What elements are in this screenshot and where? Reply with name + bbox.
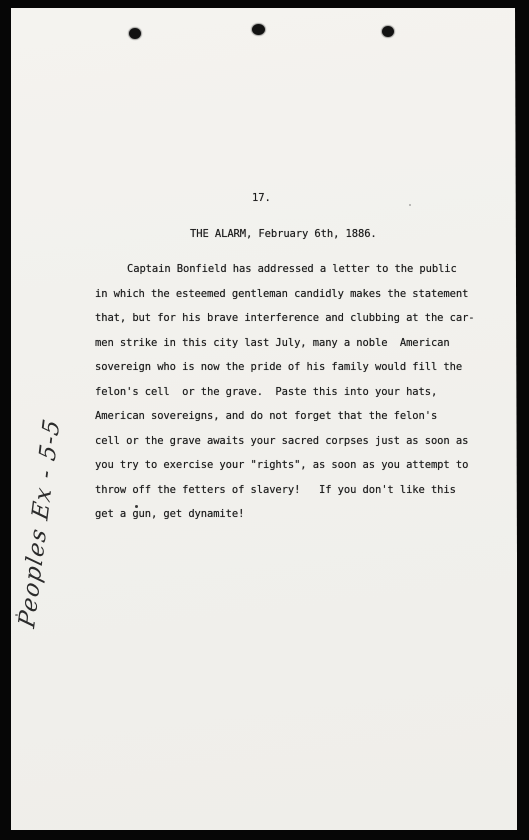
punch-dot-icon [129, 28, 141, 39]
document-title: THE ALARM, February 6th, 1886. [190, 228, 377, 240]
body-line: throw off the fetters of slavery! If you… [95, 478, 475, 503]
body-line: that, but for his brave interference and… [95, 306, 475, 331]
paper-page: 17. THE ALARM, February 6th, 1886. Capta… [11, 8, 517, 830]
scan-speck [409, 204, 411, 206]
body-line: you try to exercise your "rights", as so… [95, 453, 475, 478]
body-line: felon's cell or the grave. Paste this in… [95, 380, 475, 405]
body-line: in which the esteemed gentleman candidly… [95, 282, 475, 307]
body-line: sovereign who is now the pride of his fa… [95, 355, 475, 380]
handwritten-annotation: Peoples Ex - 5-5 [8, 414, 73, 633]
scan-speck [15, 614, 18, 616]
body-line: American sovereigns, and do not forget t… [95, 404, 475, 429]
scanned-document: 17. THE ALARM, February 6th, 1886. Capta… [0, 0, 529, 840]
body-line: get a gun, get dynamite! [95, 502, 475, 527]
body-line: Captain Bonfield has addressed a letter … [95, 257, 475, 282]
page-number: 17. [252, 192, 271, 204]
punch-dot-icon [252, 24, 265, 35]
punch-dot-icon [382, 26, 394, 37]
body-line: cell or the grave awaits your sacred cor… [95, 429, 475, 454]
body-line: men strike in this city last July, many … [95, 331, 475, 356]
body-paragraph: Captain Bonfield has addressed a letter … [95, 257, 475, 527]
scan-speck [135, 505, 138, 508]
